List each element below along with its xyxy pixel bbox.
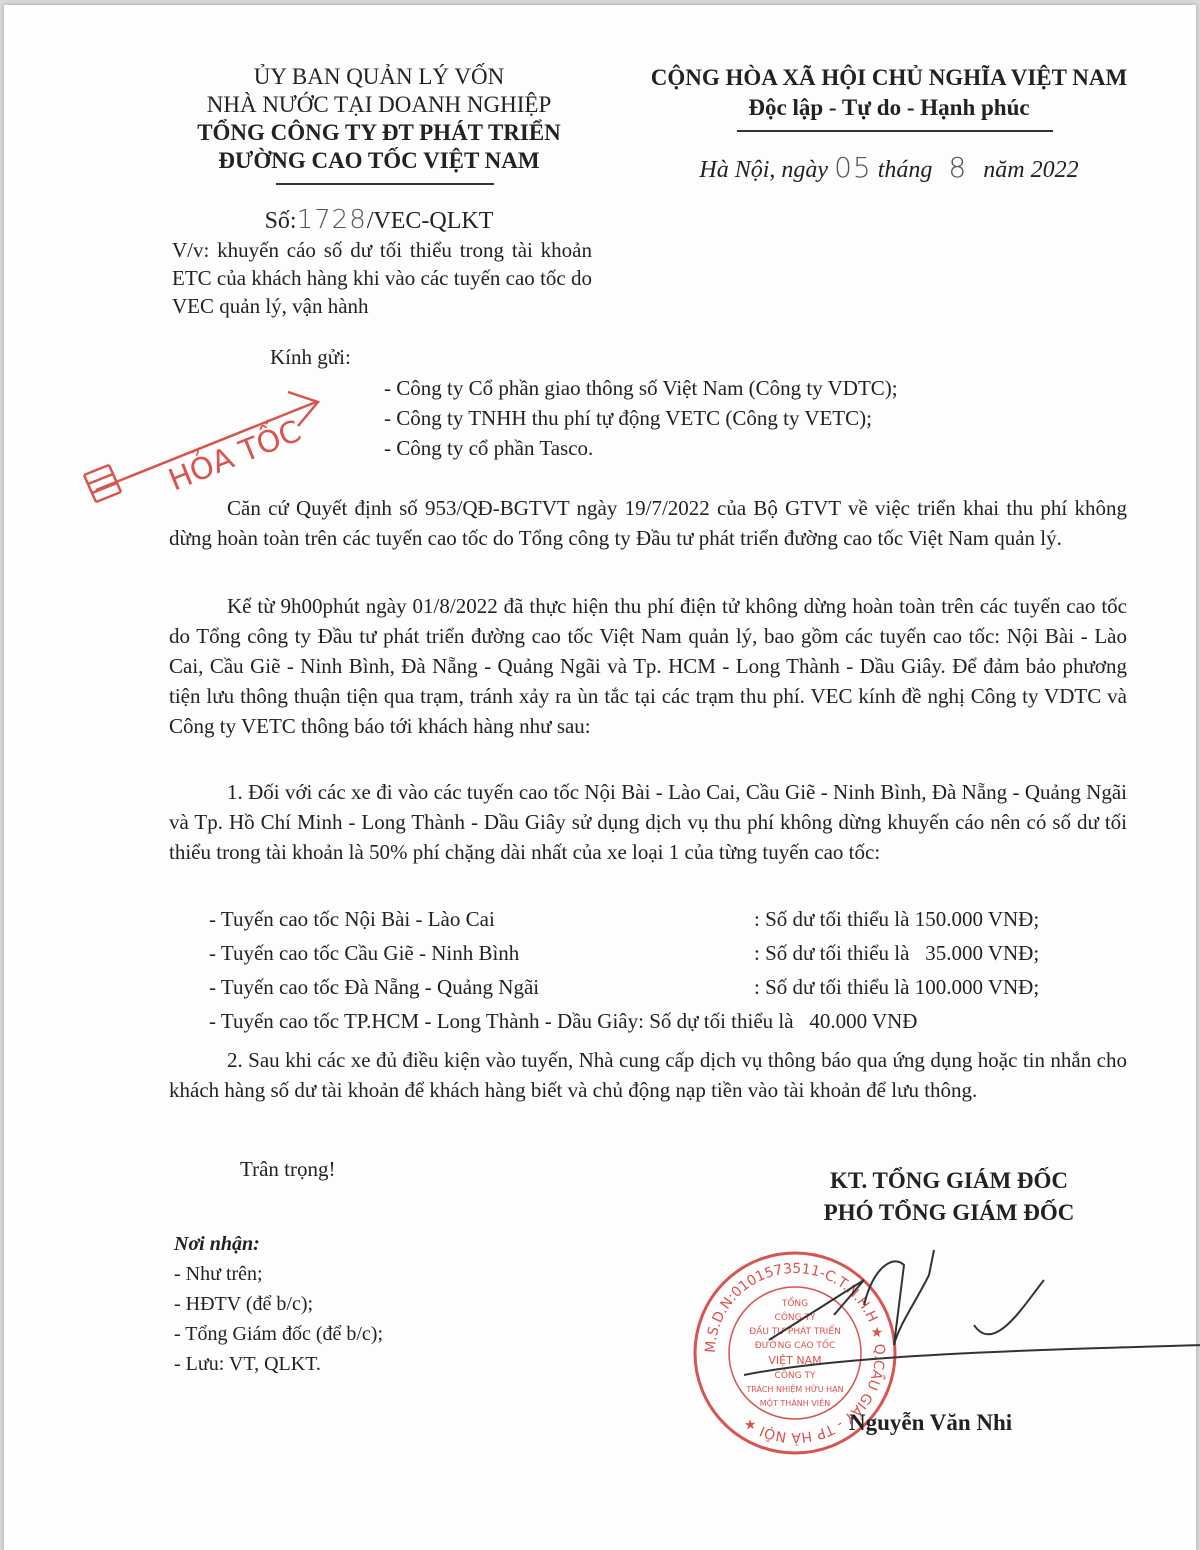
- recipient-item: - Công ty Cổ phần giao thông số Việt Nam…: [384, 373, 898, 403]
- handwritten-month: 8: [938, 151, 977, 184]
- handwritten-day: 05: [834, 151, 872, 184]
- paragraph-implementation: Kể từ 9h00phút ngày 01/8/2022 đã thực hi…: [169, 591, 1127, 741]
- paragraph-basis: Căn cứ Quyết định số 953/QĐ-BGTVT ngày 1…: [169, 493, 1127, 553]
- fee-row: - Tuyến cao tốc Đà Nẵng - Quảng Ngãi: Số…: [209, 970, 1039, 1004]
- issuer-line-3: TỔNG CÔNG TY ĐT PHÁT TRIỂN: [154, 119, 604, 147]
- distribution-item: - HĐTV (để b/c);: [174, 1289, 383, 1319]
- issuer-line-4: ĐƯỜNG CAO TỐC VIỆT NAM: [154, 147, 604, 175]
- signature-title: KT. TỔNG GIÁM ĐỐC PHÓ TỔNG GIÁM ĐỐC: [764, 1165, 1134, 1229]
- handwritten-number: 1728: [297, 205, 367, 235]
- handwritten-signature: [724, 1245, 1200, 1385]
- distribution-item: - Tổng Giám đốc (để b/c);: [174, 1319, 383, 1349]
- fee-row: - Tuyến cao tốc Cầu Giẽ - Ninh Bình: Số …: [209, 936, 1039, 970]
- recipient-item: - Công ty TNHH thu phí tự động VETC (Côn…: [384, 403, 898, 433]
- document-page: ỦY BAN QUẢN LÝ VỐN NHÀ NƯỚC TẠI DOANH NG…: [4, 5, 1196, 1550]
- recipient-item: - Công ty cổ phần Tasco.: [384, 433, 898, 463]
- motto-underline: [737, 130, 1053, 132]
- recipients-label: Kính gửi:: [270, 345, 351, 370]
- distribution-item: - Lưu: VT, QLKT.: [174, 1349, 383, 1379]
- svg-text:MỘT THÀNH VIÊN: MỘT THÀNH VIÊN: [760, 1397, 830, 1408]
- closing: Trân trọng!: [240, 1157, 335, 1182]
- subject: V/v: khuyến cáo số dư tối thiểu trong tà…: [172, 236, 592, 320]
- signature-icon: [724, 1245, 1200, 1385]
- distribution-title: Nơi nhận:: [174, 1229, 383, 1259]
- paragraph-item-1: 1. Đối với các xe đi vào các tuyến cao t…: [169, 777, 1127, 867]
- document-date: Hà Nội, ngày 05 tháng 8 năm 2022: [604, 151, 1174, 184]
- national-title: CỘNG HÒA XÃ HỘI CHỦ NGHĨA VIỆT NAM: [604, 63, 1174, 93]
- issuer-line-2: NHÀ NƯỚC TẠI DOANH NGHIỆP: [154, 91, 604, 119]
- document-number: Số:1728/VEC-QLKT: [154, 205, 604, 235]
- signer-name: Nguyễn Văn Nhi: [849, 1410, 1012, 1436]
- fee-row: - Tuyến cao tốc Nội Bài - Lào Cai: Số dư…: [209, 902, 1039, 936]
- issuer-header: ỦY BAN QUẢN LÝ VỐN NHÀ NƯỚC TẠI DOANH NG…: [154, 63, 604, 175]
- national-motto: Độc lập - Tự do - Hạnh phúc: [604, 93, 1174, 123]
- issuer-underline: [276, 183, 494, 185]
- recipients-list: - Công ty Cổ phần giao thông số Việt Nam…: [384, 373, 898, 463]
- paragraph-item-2: 2. Sau khi các xe đủ điều kiện vào tuyến…: [169, 1045, 1127, 1105]
- national-header: CỘNG HÒA XÃ HỘI CHỦ NGHĨA VIỆT NAM Độc l…: [604, 63, 1174, 123]
- urgent-stamp: HỎA TỐC: [76, 380, 336, 510]
- distribution-list: Nơi nhận: - Như trên; - HĐTV (để b/c); -…: [174, 1229, 383, 1379]
- arrow-icon: HỎA TỐC: [76, 380, 336, 510]
- distribution-item: - Như trên;: [174, 1259, 383, 1289]
- minimum-balance-list: - Tuyến cao tốc Nội Bài - Lào Cai: Số dư…: [209, 902, 1039, 1038]
- fee-row: - Tuyến cao tốc TP.HCM - Long Thành - Dầ…: [209, 1004, 1039, 1038]
- issuer-line-1: ỦY BAN QUẢN LÝ VỐN: [154, 63, 604, 91]
